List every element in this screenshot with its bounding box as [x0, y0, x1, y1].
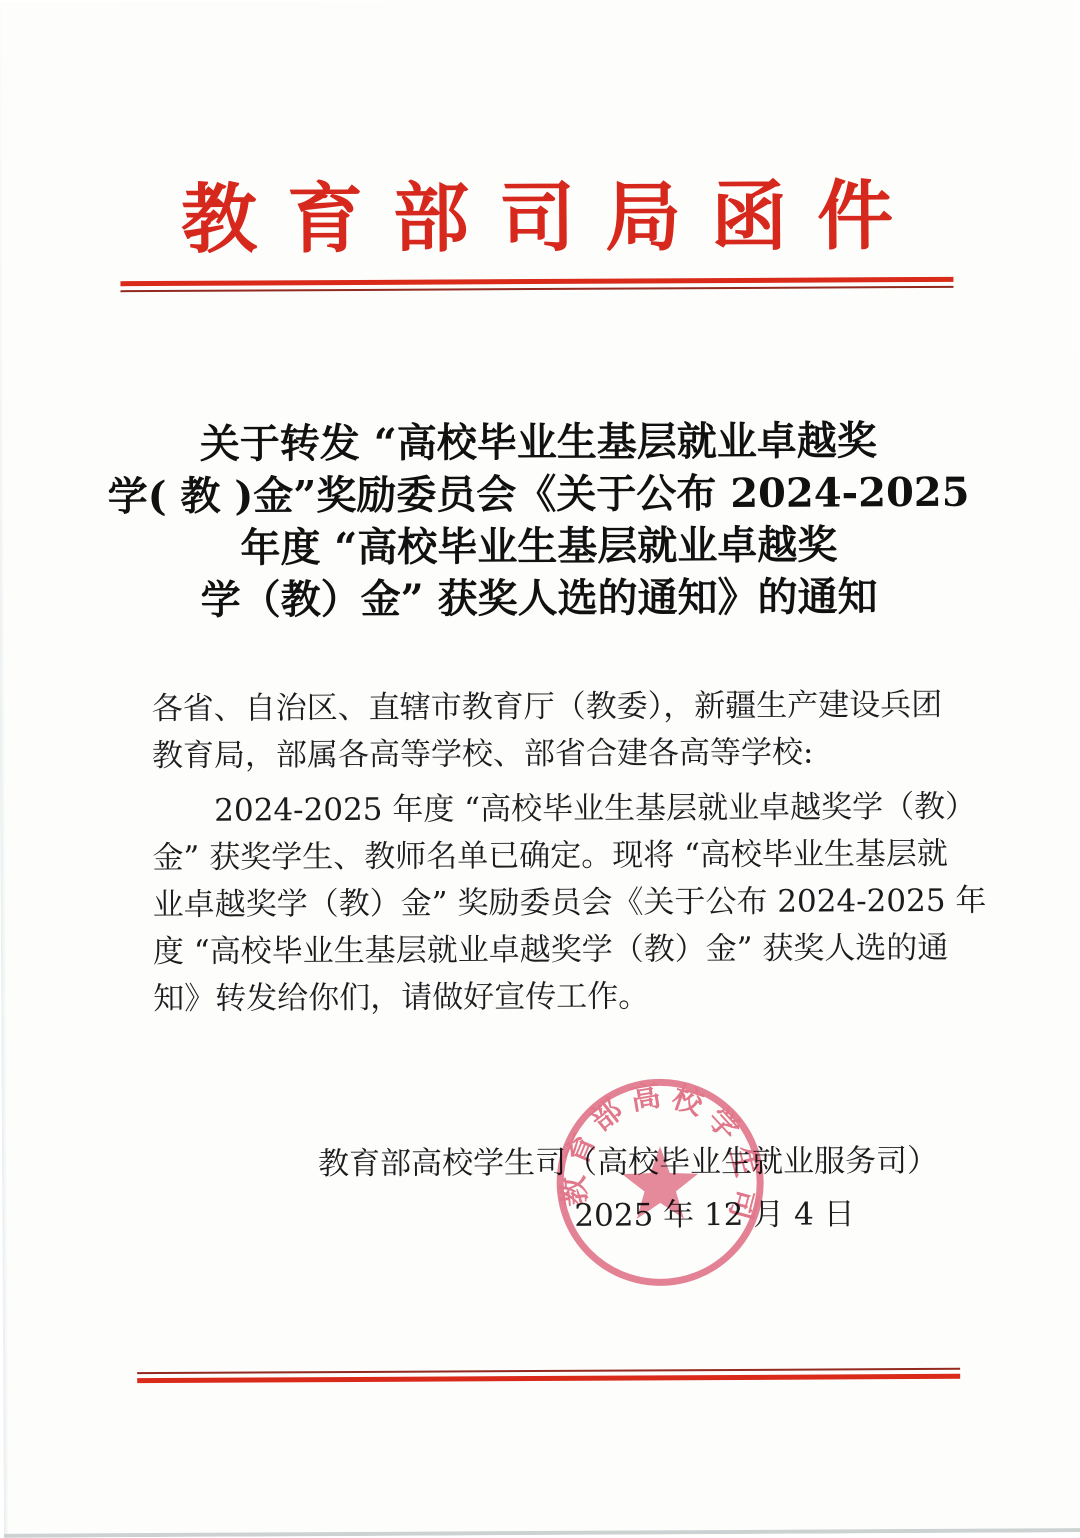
letterhead-title: 教育部司局函件 [0, 169, 1077, 267]
header-divider-thin-line [120, 286, 953, 292]
document-title-line: 关于转发 “高校毕业生基层就业卓越奖 [0, 414, 1078, 472]
body-line: 度 “高校毕业生基层就业卓越奖学（教）金” 获奖人选的通 [153, 925, 953, 976]
body-line: 知》转发给你们，请做好宣传工作。 [153, 972, 953, 1023]
scan-edge-bottom [4, 1528, 1080, 1538]
document-title-line: 学（教）金” 获奖人选的通知》的通知 [0, 570, 1079, 628]
body-line: 业卓越奖学（教）金” 奖励委员会《关于公布 2024-2025 年 [153, 878, 953, 929]
document-title-line: 年度 “高校毕业生基层就业卓越奖 [0, 518, 1079, 576]
body-line: 2024-2025 年度 “高校毕业生基层就业卓越奖学（教） [152, 784, 952, 835]
footer-divider-thick-line [137, 1374, 960, 1383]
body-line: 各省、自治区、直辖市教育厅（教委），新疆生产建设兵团 [152, 682, 952, 733]
header-divider [120, 277, 953, 292]
footer-divider [137, 1368, 960, 1383]
document-title: 关于转发 “高校毕业生基层就业卓越奖 学( 教 )金”奖励委员会《关于公布 20… [0, 414, 1079, 628]
header-divider-thick-line [120, 277, 953, 286]
signature-date: 2025 年 12 月 4 日 [574, 1194, 855, 1235]
footer-divider-thin-line [137, 1368, 960, 1374]
signature-department: 教育部高校学生司（高校毕业生就业服务司） [318, 1141, 938, 1184]
document-title-line: 学( 教 )金”奖励委员会《关于公布 2024-2025 [0, 466, 1079, 524]
document-page: 教育部司局函件 关于转发 “高校毕业生基层就业卓越奖 学( 教 )金”奖励委员会… [0, 0, 1080, 1538]
body-line: 金” 获奖学生、教师名单已确定。现将 “高校毕业生基层就 [152, 831, 952, 882]
body-line: 教育局，部属各高等学校、部省合建各高等学校: [152, 729, 952, 780]
document-body: 各省、自治区、直辖市教育厅（教委），新疆生产建设兵团 教育局，部属各高等学校、部… [152, 682, 954, 1023]
